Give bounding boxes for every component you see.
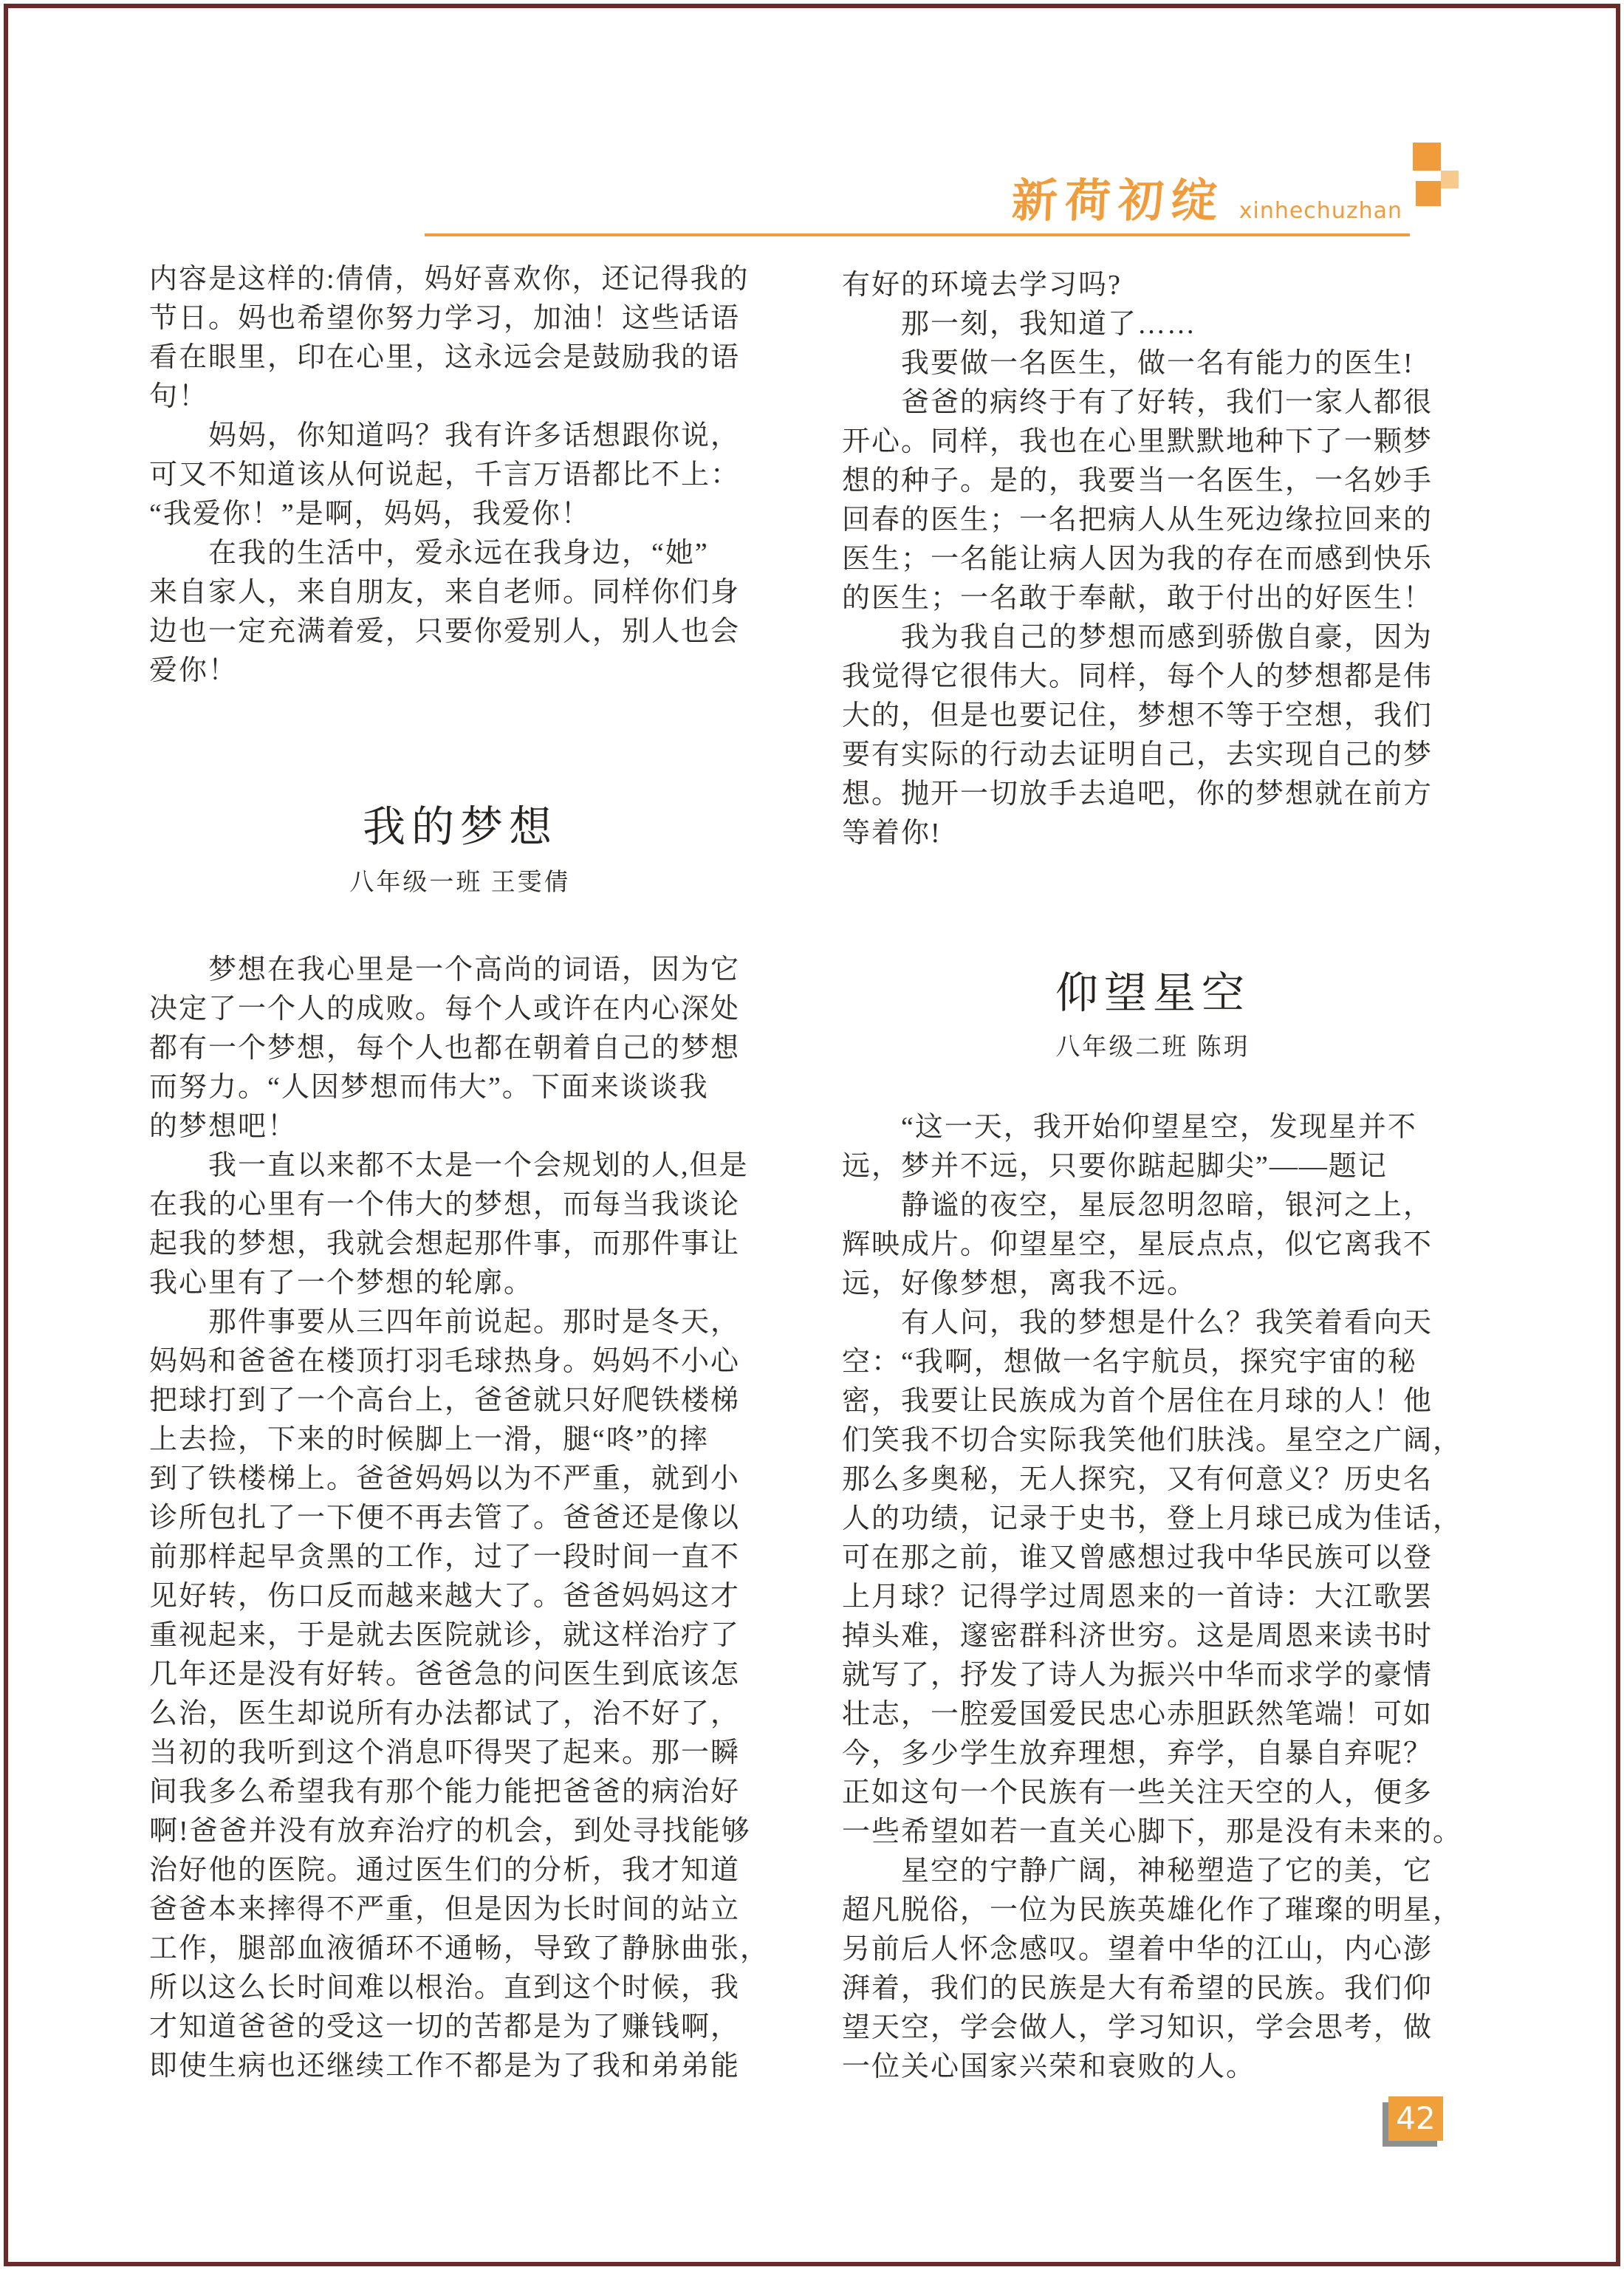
right-text-column: 有好的环境去学习吗? 那一刻，我知道了…… 我要做一名医生，做一名有能力的医生!… bbox=[842, 266, 1464, 2087]
text-line: 见好转，伤口反而越来越大了。爸爸妈妈这才 bbox=[149, 1577, 771, 1616]
text-line: 到了铁楼梯上。爸爸妈妈以为不严重，就到小 bbox=[149, 1460, 771, 1499]
text-line: “这一天，我开始仰望星空，发现星并不 bbox=[842, 1108, 1464, 1147]
text-line: 啊!爸爸并没有放弃治疗的机会，到处寻找能够 bbox=[149, 1812, 771, 1851]
text-line: 正如这句一个民族有一些关注天空的人，便多 bbox=[842, 1774, 1464, 1813]
header-underline bbox=[425, 233, 1410, 236]
text-line: 那件事要从三四年前说起。那时是冬天， bbox=[149, 1303, 771, 1342]
text-line: 工作，腿部血液循环不通畅，导致了静脉曲张， bbox=[149, 1929, 771, 1969]
text-line: 几年还是没有好转。爸爸急的问医生到底该怎 bbox=[149, 1655, 771, 1695]
text-line: 才知道爸爸的受这一切的苦都是为了赚钱啊， bbox=[149, 2008, 771, 2047]
text-line: 爱你！ bbox=[149, 652, 771, 691]
text-line: “我爱你！”是啊，妈妈，我爱你！ bbox=[149, 495, 771, 534]
text-line: 有好的环境去学习吗? bbox=[842, 266, 1464, 305]
text-line: 在我的生活中，爱永远在我身边，“她” bbox=[149, 534, 771, 573]
text-line: 空：“我啊，想做一名宇航员，探究宇宙的秘 bbox=[842, 1343, 1464, 1382]
brand-title-pinyin: xinhechuzhan bbox=[1239, 199, 1402, 224]
text-line: 起我的梦想，我就会想起那件事，而那件事让 bbox=[149, 1225, 771, 1264]
essay-starry-sky-body: “这一天，我开始仰望星空，发现星并不远，梦并不远，只要你踮起脚尖”——题记 静谧… bbox=[842, 1108, 1464, 2087]
text-line: 而努力。“人因梦想而伟大”。下面来谈谈我 bbox=[149, 1068, 771, 1107]
text-line: 都有一个梦想，每个人也都在朝着自己的梦想 bbox=[149, 1029, 771, 1068]
text-line: 我觉得它很伟大。同样，每个人的梦想都是伟 bbox=[842, 657, 1464, 697]
text-line: 妈妈，你知道吗？我有许多话想跟你说， bbox=[149, 417, 771, 456]
text-line: 我一直以来都不太是一个会规划的人,但是 bbox=[149, 1146, 771, 1186]
text-line: 辉映成片。仰望星空，星辰点点，似它离我不 bbox=[842, 1225, 1464, 1265]
brand-title-cn: 新荷初绽 bbox=[1011, 178, 1225, 224]
magazine-brand: 新荷初绽 xinhechuzhan bbox=[1012, 178, 1402, 224]
text-line: 爸爸的病终于有了好转，我们一家人都很 bbox=[842, 383, 1464, 423]
text-line: 可在那之前，谁又曾感想过我中华民族可以登 bbox=[842, 1539, 1464, 1578]
text-line: 壮志，一腔爱国爱民忠心赤胆跃然笔端！可如 bbox=[842, 1695, 1464, 1734]
text-line: 远，梦并不远，只要你踮起脚尖”——题记 bbox=[842, 1147, 1464, 1186]
text-line: 今，多少学生放弃理想，弃学，自暴自弃呢？ bbox=[842, 1734, 1464, 1774]
text-line: 想。抛开一切放手去追吧，你的梦想就在前方 bbox=[842, 775, 1464, 814]
text-line: 边也一定充满着爱，只要你爱别人，别人也会 bbox=[149, 612, 771, 652]
text-line: 间我多么希望我有那个能力能把爸爸的病治好 bbox=[149, 1773, 771, 1812]
text-line: 密，我要让民族成为首个居住在月球的人！他 bbox=[842, 1382, 1464, 1421]
text-line: 的梦想吧！ bbox=[149, 1107, 771, 1146]
essay-title: 仰望星空 bbox=[842, 968, 1464, 1019]
text-line: 要有实际的行动去证明自己，去实现自己的梦 bbox=[842, 736, 1464, 775]
text-line: 开心。同样，我也在心里默默地种下了一颗梦 bbox=[842, 423, 1464, 462]
text-line: 那一刻，我知道了…… bbox=[842, 305, 1464, 344]
text-line: 当初的我听到这个消息吓得哭了起来。那一瞬 bbox=[149, 1734, 771, 1773]
text-line: 静谧的夜空，星辰忽明忽暗，银河之上， bbox=[842, 1186, 1464, 1225]
text-line: 前那样起早贪黑的工作，过了一段时间一直不 bbox=[149, 1538, 771, 1577]
essay-byline: 八年级一班 王雯倩 bbox=[149, 866, 771, 899]
text-line: 医生；一名能让病人因为我的存在而感到快乐 bbox=[842, 540, 1464, 579]
text-line: 所以这么长时间难以根治。直到这个时候，我 bbox=[149, 1969, 771, 2008]
text-line: 看在眼里，印在心里，这永远会是鼓励我的语 bbox=[149, 338, 771, 377]
text-line: 上去捡，下来的时候脚上一滑，腿“咚”的摔 bbox=[149, 1421, 771, 1460]
text-line: 掉头难，邃密群科济世穷。这是周恩来读书时 bbox=[842, 1617, 1464, 1656]
text-line: 在我的心里有一个伟大的梦想，而每当我谈论 bbox=[149, 1186, 771, 1225]
text-line: 就写了，抒发了诗人为振兴中华而求学的豪情 bbox=[842, 1656, 1464, 1695]
left-text-column: 内容是这样的:倩倩，妈好喜欢你，还记得我的节日。妈也希望你努力学习，加油！这些话… bbox=[149, 260, 771, 2086]
text-line: 的医生；一名敢于奉献，敢于付出的好医生！ bbox=[842, 579, 1464, 618]
text-line: 回春的医生；一名把病人从生死边缘拉回来的 bbox=[842, 501, 1464, 540]
text-line: 想的种子。是的，我要当一名医生，一名妙手 bbox=[842, 462, 1464, 501]
letter-essay-continuation: 内容是这样的:倩倩，妈好喜欢你，还记得我的节日。妈也希望你努力学习，加油！这些话… bbox=[149, 260, 771, 691]
text-line: 梦想在我心里是一个高尚的词语，因为它 bbox=[149, 951, 771, 990]
essay-title: 我的梦想 bbox=[149, 801, 771, 853]
text-line: 星空的宁静广阔，神秘塑造了它的美，它 bbox=[842, 1852, 1464, 1891]
text-line: 我为我自己的梦想而感到骄傲自豪，因为 bbox=[842, 618, 1464, 657]
text-line: 我要做一名医生，做一名有能力的医生! bbox=[842, 344, 1464, 383]
square-light-middle bbox=[1441, 171, 1459, 188]
text-line: 可又不知道该从何说起，千言万语都比不上： bbox=[149, 456, 771, 495]
text-line: 重视起来，于是就去医院就诊，就这样治疗了 bbox=[149, 1616, 771, 1655]
text-line: 节日。妈也希望你努力学习，加油！这些话语 bbox=[149, 299, 771, 338]
text-line: 妈妈和爸爸在楼顶打羽毛球热身。妈妈不小心 bbox=[149, 1342, 771, 1381]
essay-my-dream-body: 梦想在我心里是一个高尚的词语，因为它决定了一个人的成败。每个人或许在内心深处都有… bbox=[149, 951, 771, 2086]
squares-decoration-icon bbox=[1405, 143, 1462, 216]
text-line: 另前后人怀念感叹。望着中华的江山，内心澎 bbox=[842, 1930, 1464, 1969]
text-line: 们笑我不切合实际我笑他们肤浅。星空之广阔， bbox=[842, 1421, 1464, 1460]
text-line: 治好他的医院。通过医生们的分析，我才知道 bbox=[149, 1851, 771, 1890]
text-line: 来自家人，来自朋友，来自老师。同样你们身 bbox=[149, 573, 771, 612]
text-line: 把球打到了一个高台上，爸爸就只好爬铁楼梯 bbox=[149, 1381, 771, 1421]
text-line: 一位关心国家兴荣和衰败的人。 bbox=[842, 2048, 1464, 2087]
text-line: 诊所包扎了一下便不再去管了。爸爸还是像以 bbox=[149, 1499, 771, 1538]
text-line: 远，好像梦想，离我不远。 bbox=[842, 1265, 1464, 1304]
text-line: 句！ bbox=[149, 377, 771, 417]
text-line: 即使生病也还继续工作不都是为了我和弟弟能 bbox=[149, 2047, 771, 2086]
text-line: 人的功绩，记录于史书，登上月球已成为佳话， bbox=[842, 1500, 1464, 1539]
text-line: 么治，医生却说所有办法都试了，治不好了， bbox=[149, 1695, 771, 1734]
essay-my-dream-continued: 有好的环境去学习吗? 那一刻，我知道了…… 我要做一名医生，做一名有能力的医生!… bbox=[842, 266, 1464, 853]
text-line: 那么多奥秘，无人探究，又有何意义？历史名 bbox=[842, 1460, 1464, 1500]
page-header: 新荷初绽 xinhechuzhan bbox=[425, 151, 1454, 233]
text-line: 有人问，我的梦想是什么？我笑着看向天 bbox=[842, 1304, 1464, 1343]
square-orange-top bbox=[1413, 143, 1441, 171]
text-line: 爸爸本来摔得不严重，但是因为长时间的站立 bbox=[149, 1890, 771, 1929]
text-line: 我心里有了一个梦想的轮廓。 bbox=[149, 1264, 771, 1303]
text-line: 内容是这样的:倩倩，妈好喜欢你，还记得我的 bbox=[149, 260, 771, 299]
text-line: 上月球？记得学过周恩来的一首诗：大江歌罢 bbox=[842, 1578, 1464, 1617]
text-line: 大的，但是也要记住，梦想不等于空想，我们 bbox=[842, 697, 1464, 736]
text-line: 湃着，我们的民族是大有希望的民族。我们仰 bbox=[842, 1969, 1464, 2009]
text-line: 一些希望如若一直关心脚下，那是没有未来的。 bbox=[842, 1813, 1464, 1852]
text-line: 望天空，学会做人，学习知识，学会思考，做 bbox=[842, 2009, 1464, 2048]
text-line: 等着你! bbox=[842, 814, 1464, 853]
text-line: 超凡脱俗，一位为民族英雄化作了璀璨的明星， bbox=[842, 1891, 1464, 1930]
text-line: 决定了一个人的成败。每个人或许在内心深处 bbox=[149, 990, 771, 1029]
essay-byline: 八年级二班 陈玥 bbox=[842, 1031, 1464, 1064]
page-number-badge: 42 bbox=[1388, 2096, 1443, 2141]
square-orange-bottom bbox=[1416, 181, 1441, 206]
